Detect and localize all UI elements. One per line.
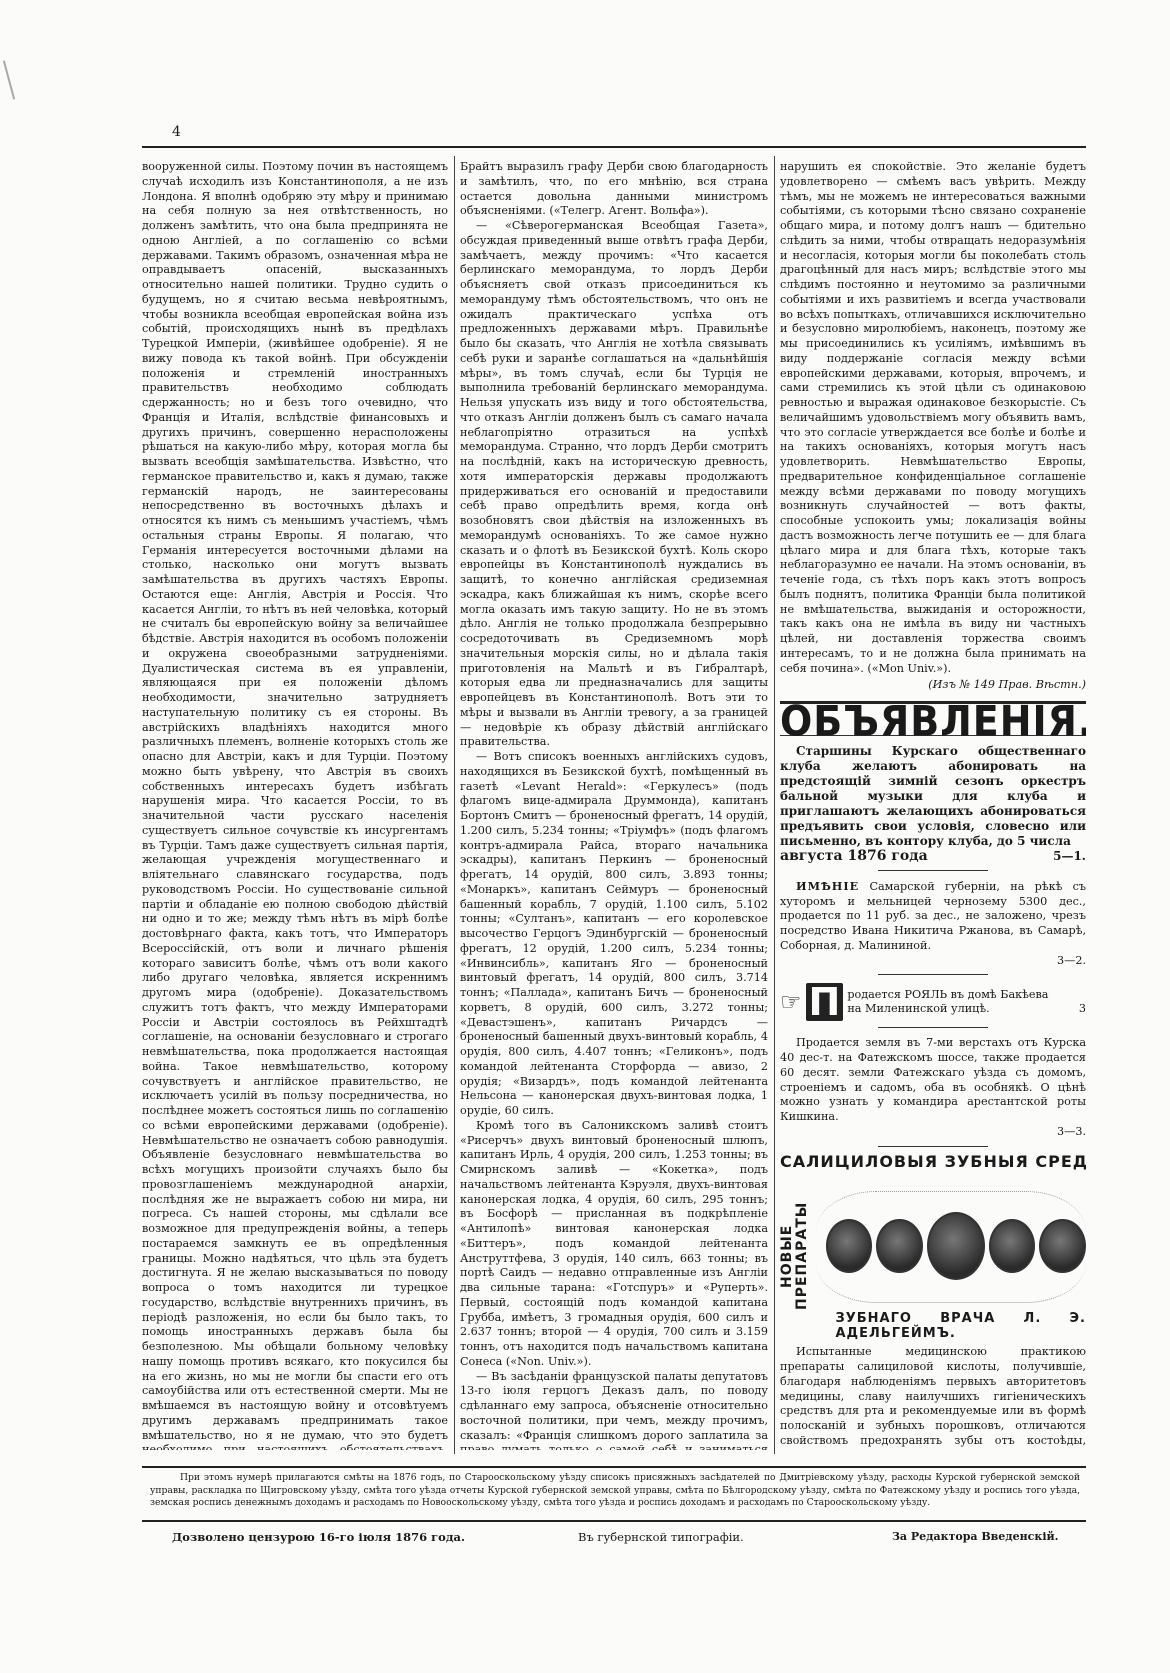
article-column-1: вооруженной силы. Поэтому почин въ насто… — [142, 160, 448, 1450]
tooth-ad-title: САЛИЦИЛОВЫЯ ЗУБНЫЯ СРЕДСТВА — [780, 1155, 1086, 1170]
page-number: 4 — [172, 124, 181, 140]
article-paragraph: Кромѣ того въ Салоникскомъ заливѣ стоитъ… — [460, 1119, 768, 1370]
medal-icon — [989, 1219, 1036, 1273]
article-column-2: Брайтъ выразилъ графу Дерби свою благода… — [460, 160, 768, 1450]
piano-ad-initial: П — [806, 983, 844, 1021]
tooth-ad-dentist: ЗУБНАГО ВРАЧА Л. Э. АДЕЛЬГЕЙМЪ. — [836, 1312, 1087, 1342]
piano-ad-issue: 3 — [1079, 1002, 1086, 1017]
tooth-products-ad: САЛИЦИЛОВЫЯ ЗУБНЫЯ СРЕДСТВА НОВЫЕ ПРЕПАР… — [780, 1155, 1086, 1451]
club-ad-issue: 5—1. — [1053, 849, 1086, 864]
piano-ad-line2: на Миленинской улицѣ. — [847, 1002, 989, 1015]
piano-ad: ☞ П родается РОЯЛЬ въ домѣ Бакѣева на Ми… — [780, 983, 1086, 1021]
article-paragraph: Брайтъ выразилъ графу Дерби свою благода… — [460, 160, 768, 219]
article-paragraph: — Вотъ списокъ военныхъ англійскихъ судо… — [460, 750, 768, 1119]
medal-icon — [826, 1219, 873, 1273]
medals-illustration: ЗУБНАГО ВРАЧА Л. Э. АДЕЛЬГЕЙМЪ. — [816, 1171, 1087, 1341]
land-ad: Продается земля въ 7-ми верстахъ отъ Кур… — [780, 1036, 1086, 1139]
footnote-rule — [142, 1466, 1086, 1468]
club-ad-text: Старшины Курскаго общественнаго клуба же… — [780, 744, 1086, 849]
medal-icon — [876, 1219, 923, 1273]
footnote-rule — [142, 1520, 1086, 1522]
estate-ad-lead: ИМѢНІЕ — [796, 879, 859, 893]
pointing-hand-icon: ☞ — [780, 990, 802, 1014]
ad-separator — [878, 1146, 988, 1147]
censorship-imprint: Дозволено цензурою 16-го іюля 1876 года. — [172, 1530, 465, 1544]
header-rule — [142, 146, 1086, 148]
ad-separator — [878, 1027, 988, 1028]
estate-ad-issue: 3—2. — [780, 954, 1086, 969]
medal-portrait-icon — [927, 1212, 985, 1280]
club-ad-date: августа 1876 года — [780, 848, 928, 864]
article-paragraph: — Въ засѣданіи французской палаты депута… — [460, 1370, 768, 1451]
land-ad-text: Продается земля въ 7-ми верстахъ отъ Кур… — [780, 1036, 1086, 1125]
tooth-ad-text: Испытанные медицинскою практикою препара… — [780, 1345, 1086, 1450]
ad-separator — [878, 974, 988, 975]
tooth-ad-vertical-label: НОВЫЕ ПРЕПАРАТЫ — [780, 1171, 810, 1341]
ads-section-title: ОБЪЯВЛЕНІЯ. — [780, 713, 1086, 729]
scan-artifact — [3, 60, 15, 99]
article-paragraph: нарушить ея спокойствіе. Это желаніе буд… — [780, 160, 1086, 676]
column-divider — [774, 156, 775, 1454]
supplement-footnote: При этомъ нумерѣ прилагаются смѣты на 18… — [150, 1472, 1080, 1510]
footnote-text: При этомъ нумерѣ прилагаются смѣты на 18… — [150, 1472, 1080, 1510]
medal-icon — [1039, 1219, 1086, 1273]
club-ad: Старшины Курскаго общественнаго клуба же… — [780, 744, 1086, 864]
article-source: (Изъ № 149 Прав. Вѣстн.) — [780, 678, 1086, 693]
land-ad-issue: 3—3. — [780, 1125, 1086, 1140]
printer-imprint: Въ губернской типографіи. — [578, 1530, 744, 1544]
article-column-3: нарушить ея спокойствіе. Это желаніе буд… — [780, 160, 1086, 1450]
ad-separator — [878, 870, 988, 871]
article-paragraph: — «Сѣверогерманская Всеобщая Газета», об… — [460, 219, 768, 750]
editor-imprint: За Редактора Введенскій. — [892, 1530, 1059, 1543]
column-divider — [454, 156, 455, 1454]
article-paragraph: вооруженной силы. Поэтому почин въ насто… — [142, 160, 448, 1450]
estate-ad: ИМѢНІЕ Самарской губерніи, на рѣкѣ съ ху… — [780, 879, 1086, 969]
piano-ad-line1: родается РОЯЛЬ въ домѣ Бакѣева — [847, 988, 1086, 1003]
